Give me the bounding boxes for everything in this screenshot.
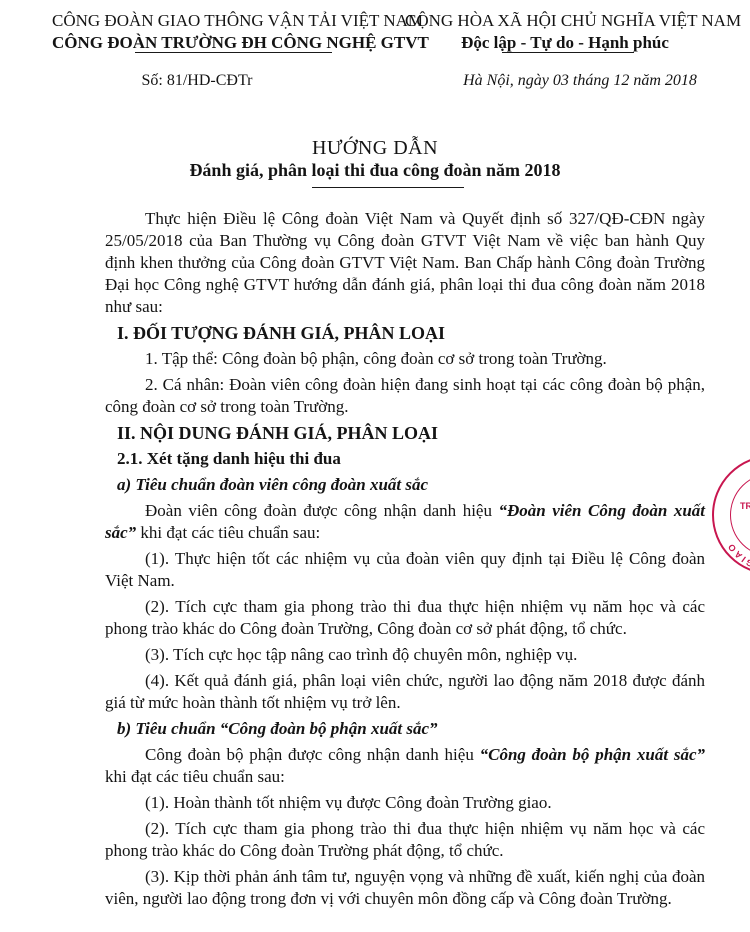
criteria-b-heading: b) Tiêu chuẩn “Công đoàn bộ phận xuất sắ… [105, 718, 705, 740]
country-name: CỘNG HÒA XÃ HỘI CHỦ NGHĨA VIỆT NAM [405, 10, 725, 32]
document-number: Số: 81/HD-CĐTr [52, 72, 342, 90]
criteria-a-item: (4). Kết quả đánh giá, phân loại viên ch… [105, 670, 705, 714]
seal-ring-text: CÔNG ĐOÀN GIAO [714, 457, 750, 577]
section-1-heading: I. ĐỐI TƯỢNG ĐÁNH GIÁ, PHÂN LOẠI [105, 322, 705, 344]
criteria-b-item: (2). Tích cực tham gia phong trào thi đu… [105, 818, 705, 862]
section-2-heading: II. NỘI DUNG ĐÁNH GIÁ, PHÂN LOẠI [105, 422, 705, 444]
criteria-b-item: (1). Hoàn thành tốt nhiệm vụ được Công đ… [105, 792, 705, 814]
criteria-a-heading: a) Tiêu chuẩn đoàn viên công đoàn xuất s… [105, 474, 705, 496]
criteria-a-item: (3). Tích cực học tập nâng cao trình độ … [105, 644, 705, 666]
document-page: CÔNG ĐOÀN GIAO THÔNG VẬN TẢI VIỆT NAM CÔ… [0, 0, 750, 932]
section-1-item: 2. Cá nhân: Đoàn viên công đoàn hiện đan… [105, 374, 705, 418]
criteria-b-item: (3). Kịp thời phản ánh tâm tư, nguyện vọ… [105, 866, 705, 910]
criteria-b-intro: Công đoàn bộ phận được công nhận danh hi… [105, 744, 705, 788]
official-seal: CÔNG ĐOÀN GIAO C TRU C G [712, 455, 750, 575]
header-underline-left [135, 52, 332, 53]
title-underline [312, 187, 464, 188]
svg-text:CÔNG ĐOÀN GIAO: CÔNG ĐOÀN GIAO [725, 534, 750, 574]
motto: Độc lập - Tự do - Hạnh phúc [405, 32, 725, 54]
school-union-name: CÔNG ĐOÀN TRƯỜNG ĐH CÔNG NGHỆ GTVT [52, 32, 372, 54]
document-title: HƯỚNG DẪN [0, 137, 750, 160]
subsection-2-1-heading: 2.1. Xét tặng danh hiệu thi đua [105, 448, 705, 470]
section-1-item: 1. Tập thể: Công đoàn bộ phận, công đoàn… [105, 348, 705, 370]
issuing-organization: CÔNG ĐOÀN GIAO THÔNG VẬN TẢI VIỆT NAM CÔ… [52, 10, 372, 54]
document-body: Thực hiện Điều lệ Công đoàn Việt Nam và … [105, 208, 705, 914]
place-date: Hà Nội, ngày 03 tháng 12 năm 2018 [430, 72, 730, 90]
criteria-a-item: (1). Thực hiện tốt các nhiệm vụ của đoàn… [105, 548, 705, 592]
intro-paragraph: Thực hiện Điều lệ Công đoàn Việt Nam và … [105, 208, 705, 318]
criteria-a-item: (2). Tích cực tham gia phong trào thi đu… [105, 596, 705, 640]
criteria-a-intro: Đoàn viên công đoàn được công nhận danh … [105, 500, 705, 544]
parent-union-name: CÔNG ĐOÀN GIAO THÔNG VẬN TẢI VIỆT NAM [52, 10, 372, 32]
header-underline-right [502, 52, 634, 53]
award-title: “Công đoàn bộ phận xuất sắc” [480, 745, 705, 764]
national-motto: CỘNG HÒA XÃ HỘI CHỦ NGHĨA VIỆT NAM Độc l… [405, 10, 725, 54]
document-subtitle: Đánh giá, phân loại thi đua công đoàn nă… [0, 160, 750, 181]
